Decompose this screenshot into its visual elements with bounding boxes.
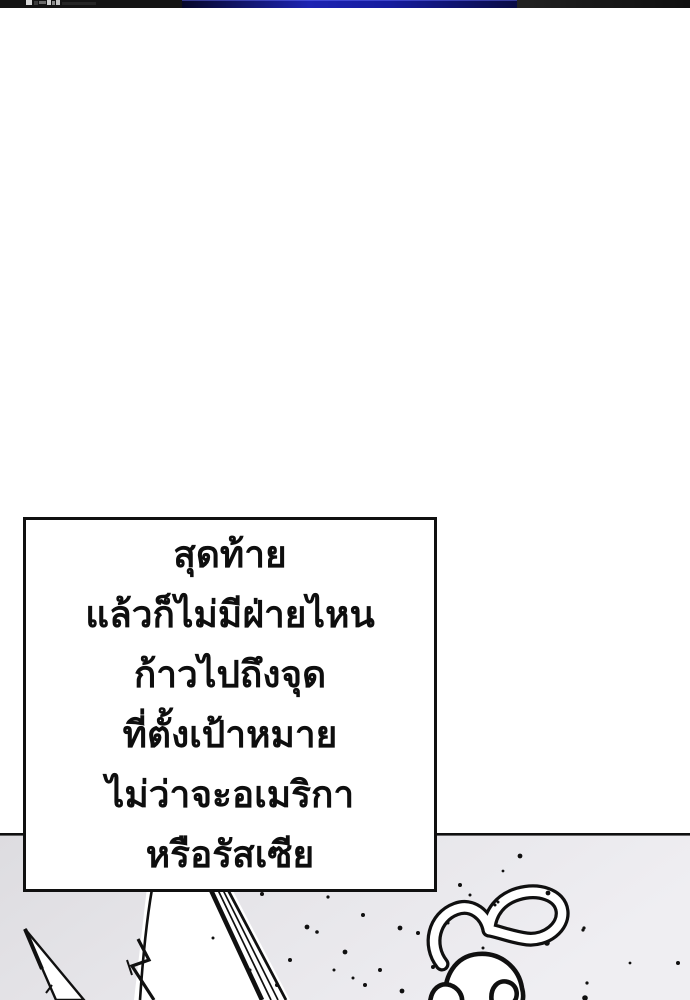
blue-panel-fragment (182, 0, 517, 8)
panel-fragment-mark (47, 0, 51, 5)
previous-panel-sliver (0, 0, 690, 8)
caption-line-1: สุดท้าย (26, 525, 434, 585)
comic-page: สุดท้าย แล้วก็ไม่มีฝ่ายไหน ก้าวไปถึงจุด … (0, 0, 690, 1000)
caption-line-6: หรือรัสเซีย (26, 825, 434, 885)
panel-fragment-mark (62, 2, 96, 5)
dark-panel-fragment (517, 0, 690, 8)
caption-line-2: แล้วก็ไม่มีฝ่ายไหน (26, 585, 434, 645)
panel-fragment-mark (34, 1, 38, 5)
panel-fragment-mark (56, 0, 60, 5)
panel-fragment-mark (52, 1, 55, 5)
caption-line-5: ไม่ว่าจะอเมริกา (26, 765, 434, 825)
caption-line-3: ก้าวไปถึงจุด (26, 645, 434, 705)
panel-fragment-mark (39, 1, 46, 4)
panel-fragment-mark (26, 0, 32, 5)
narration-caption-box: สุดท้าย แล้วก็ไม่มีฝ่ายไหน ก้าวไปถึงจุด … (23, 517, 437, 892)
caption-line-4: ที่ตั้งเป้าหมาย (26, 705, 434, 765)
